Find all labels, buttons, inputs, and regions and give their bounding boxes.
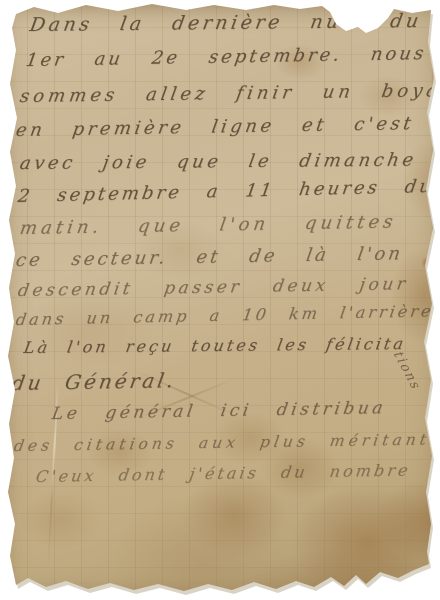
letter-line: des citations aux plus méritants — [13, 430, 440, 455]
letter-line: du Général. — [10, 368, 178, 395]
letter-line: Le général ici distribua — [50, 398, 387, 424]
letter-line: Là l'on reçu toutes les félicita — [22, 334, 407, 357]
letter-line: 2 septembre a 11 heures du — [16, 176, 435, 207]
scan-background: Dans la dernière nuit du 1er au 2e septe… — [0, 0, 440, 600]
letter-line: descendit passer deux jour — [16, 274, 410, 301]
letter-line-edge-fragment: tions — [390, 350, 424, 392]
letter-line: matin. que l'on quittes — [18, 211, 398, 239]
letter-paper: Dans la dernière nuit du 1er au 2e septe… — [0, 0, 440, 600]
letter-line: 1er au 2e septembre. nous — [24, 43, 428, 71]
letter-line: en première ligne et c'est — [14, 113, 415, 141]
letter-line: dans un camp a 10 km l'arrière — [15, 301, 436, 329]
handwritten-text: Dans la dernière nuit du 1er au 2e septe… — [0, 0, 440, 600]
letter-line: sommes allez finir un boyau — [18, 80, 440, 107]
letter-line: avec joie que le dimanche — [18, 150, 418, 174]
letter-line: ce secteur. et de là l'on — [14, 243, 404, 271]
letter-line: C'eux dont j'étais du nombre — [34, 460, 412, 486]
letter-line: Dans la dernière nuit du — [28, 10, 423, 36]
